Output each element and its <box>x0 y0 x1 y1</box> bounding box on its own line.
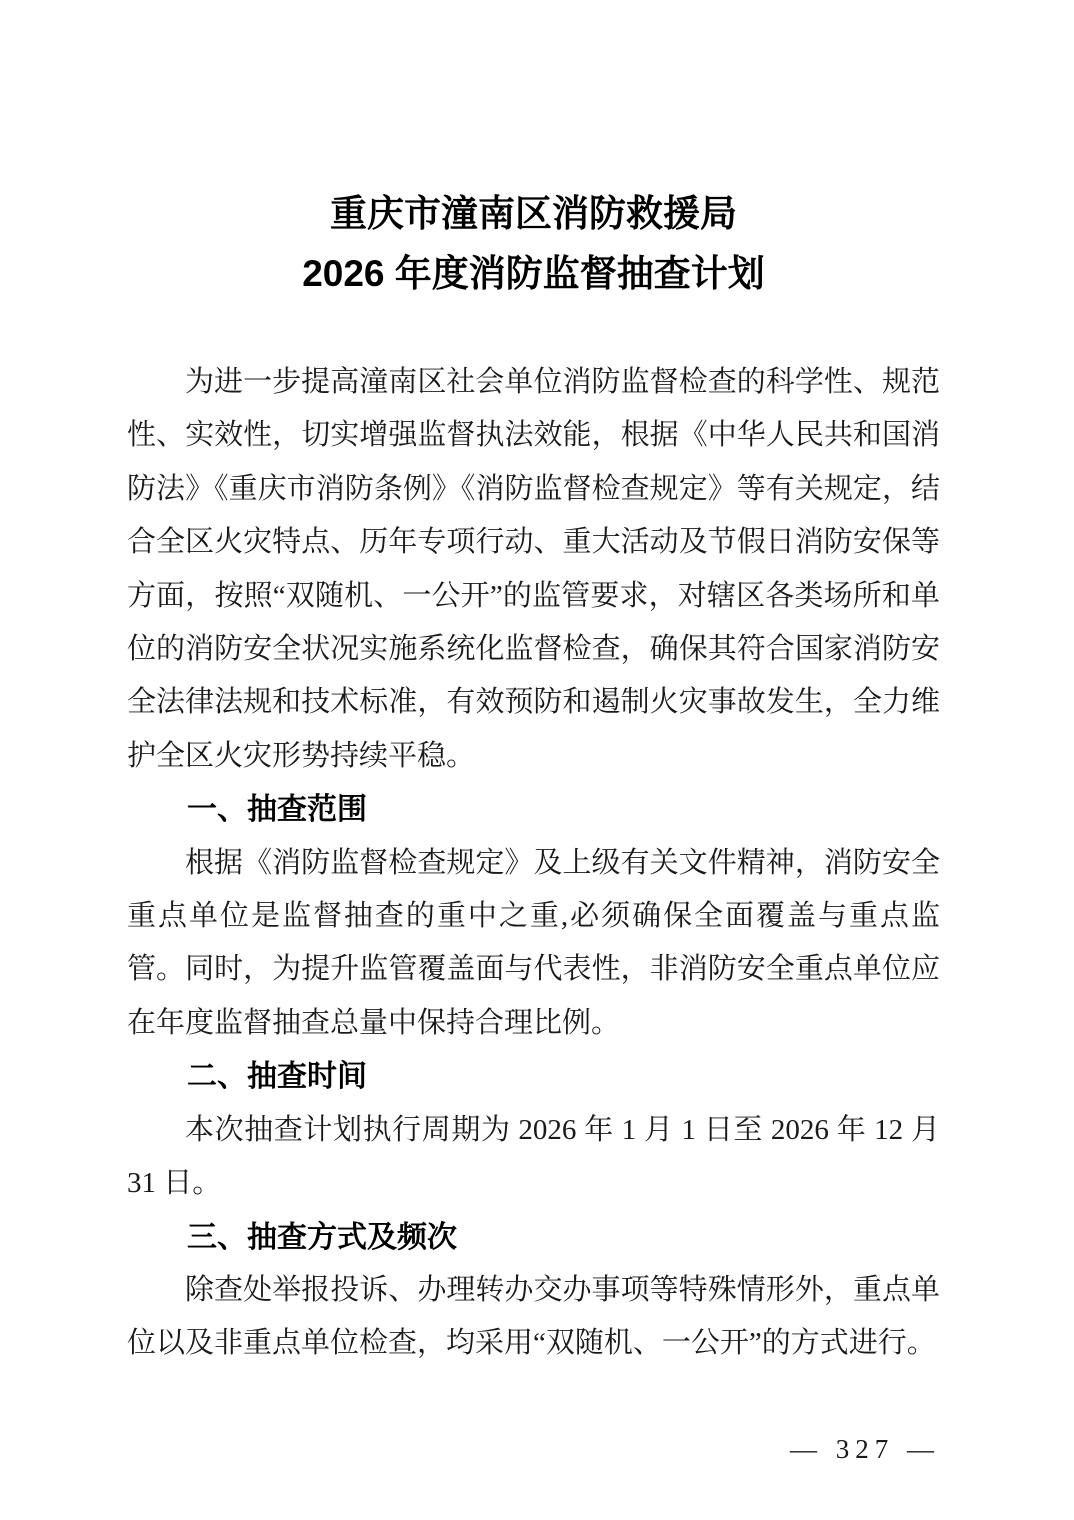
document-title: 重庆市潼南区消防救援局 2026 年度消防监督抽查计划 <box>127 184 940 304</box>
document-title-line-1: 重庆市潼南区消防救援局 <box>127 184 940 244</box>
document-content: 重庆市潼南区消防救援局 2026 年度消防监督抽查计划 为进一步提高潼南区社会单… <box>0 0 1074 1371</box>
page-number: — 327 — <box>790 1434 940 1465</box>
paragraph-intro: 为进一步提高潼南区社会单位消防监督检查的科学性、规范性、实效性，切实增强监督执法… <box>127 356 940 783</box>
paragraph-scope: 根据《消防监督检查规定》及上级有关文件精神，消防安全重点单位是监督抽查的重中之重… <box>127 837 940 1051</box>
document-page: 重庆市潼南区消防救援局 2026 年度消防监督抽查计划 为进一步提高潼南区社会单… <box>0 0 1074 1520</box>
paragraph-time: 本次抽查计划执行周期为 2026 年 1 月 1 日至 2026 年 12 月 … <box>127 1104 940 1211</box>
section-heading-scope: 一、抽查范围 <box>127 783 940 836</box>
section-heading-time: 二、抽查时间 <box>127 1050 940 1103</box>
document-title-line-2: 2026 年度消防监督抽查计划 <box>127 244 940 304</box>
paragraph-method: 除查处举报投诉、办理转办交办事项等特殊情形外，重点单位以及非重点单位检查，均采用… <box>127 1264 940 1371</box>
section-heading-method: 三、抽查方式及频次 <box>127 1211 940 1264</box>
